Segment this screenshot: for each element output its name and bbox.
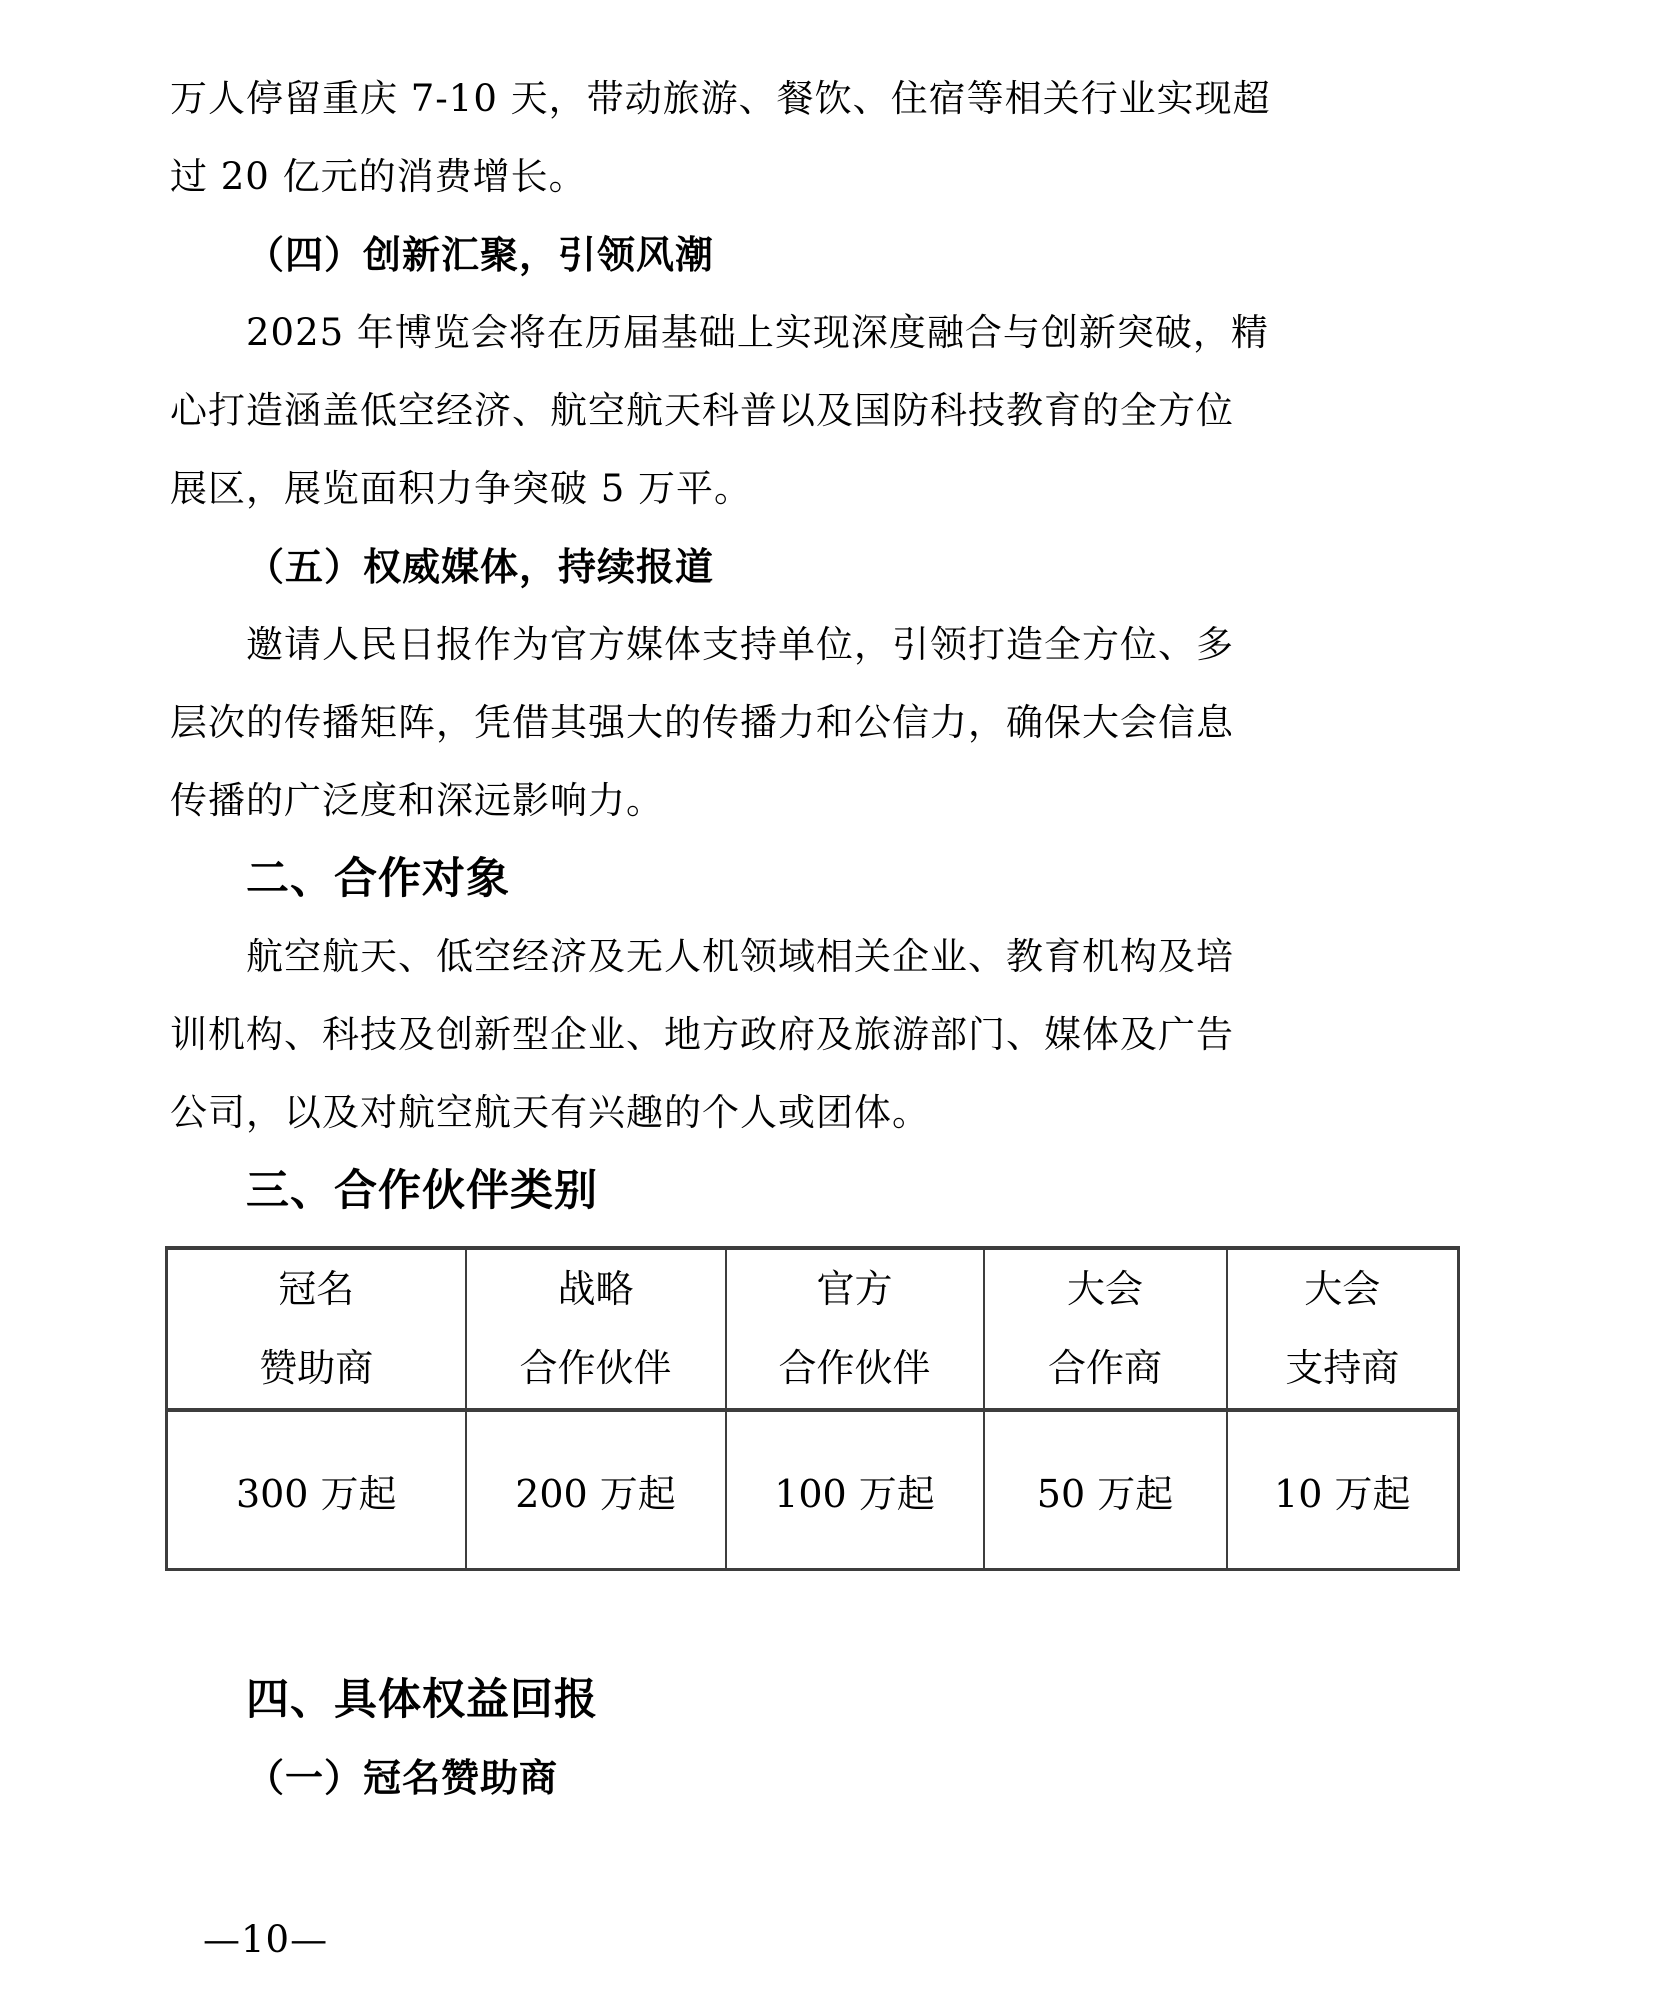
table-header-text: 大会 — [985, 1250, 1226, 1329]
document-page: 万人停留重庆 7-10 天，带动旅游、餐饮、住宿等相关行业实现超 过 20 亿元… — [0, 0, 1653, 1997]
body-line: 展区，展览面积力争突破 5 万平。 — [170, 450, 1155, 528]
sub-heading: （一）冠名赞助商 — [170, 1739, 1155, 1817]
table-header-text: 大会 — [1228, 1250, 1458, 1329]
table-header-text: 合作伙伴 — [467, 1329, 725, 1408]
body-line: 层次的传播矩阵，凭借其强大的传播力和公信力，确保大会信息 — [170, 684, 1155, 762]
table-header-text: 支持商 — [1228, 1329, 1458, 1408]
table-header-cell: 官方 合作伙伴 — [726, 1248, 984, 1410]
partner-category-table: 冠名 赞助商 战略 合作伙伴 官方 合作伙伴 大会 合作商 大会 支持商 — [165, 1246, 1460, 1571]
table-header-text: 冠名 — [168, 1250, 465, 1329]
table-value-cell: 200 万起 — [466, 1410, 726, 1570]
page-number: —10— — [203, 1918, 328, 1961]
body-line: 航空航天、低空经济及无人机领域相关企业、教育机构及培 — [170, 918, 1155, 996]
table-value-cell: 100 万起 — [726, 1410, 984, 1570]
section-heading: 三、合作伙伴类别 — [170, 1152, 1155, 1230]
table-header-cell: 冠名 赞助商 — [167, 1248, 466, 1410]
table-value-row: 300 万起 200 万起 100 万起 50 万起 10 万起 — [167, 1410, 1459, 1570]
table-header-text: 官方 — [727, 1250, 983, 1329]
section-heading: 四、具体权益回报 — [170, 1661, 1155, 1739]
table-header-row: 冠名 赞助商 战略 合作伙伴 官方 合作伙伴 大会 合作商 大会 支持商 — [167, 1248, 1459, 1410]
sub-heading: （五）权威媒体，持续报道 — [170, 528, 1155, 606]
body-line: 公司，以及对航空航天有兴趣的个人或团体。 — [170, 1074, 1155, 1152]
body-line: 传播的广泛度和深远影响力。 — [170, 762, 1155, 840]
table-value-cell: 300 万起 — [167, 1410, 466, 1570]
section-heading: 二、合作对象 — [170, 840, 1155, 918]
table-header-cell: 大会 支持商 — [1227, 1248, 1459, 1410]
table-header-cell: 大会 合作商 — [984, 1248, 1227, 1410]
table-header-text: 合作伙伴 — [727, 1329, 983, 1408]
table-header-cell: 战略 合作伙伴 — [466, 1248, 726, 1410]
table-header-text: 战略 — [467, 1250, 725, 1329]
body-line: 训机构、科技及创新型企业、地方政府及旅游部门、媒体及广告 — [170, 996, 1155, 1074]
sub-heading: （四）创新汇聚，引领风潮 — [170, 216, 1155, 294]
body-line: 邀请人民日报作为官方媒体支持单位，引领打造全方位、多 — [170, 606, 1155, 684]
body-line: 心打造涵盖低空经济、航空航天科普以及国防科技教育的全方位 — [170, 372, 1155, 450]
table-header-text: 赞助商 — [168, 1329, 465, 1408]
table-value-cell: 50 万起 — [984, 1410, 1227, 1570]
body-line: 万人停留重庆 7-10 天，带动旅游、餐饮、住宿等相关行业实现超 — [170, 60, 1155, 138]
text-block: 万人停留重庆 7-10 天，带动旅游、餐饮、住宿等相关行业实现超 过 20 亿元… — [170, 60, 1155, 1817]
body-line: 2025 年博览会将在历届基础上实现深度融合与创新突破，精 — [170, 294, 1155, 372]
table-header-text: 合作商 — [985, 1329, 1226, 1408]
table-value-cell: 10 万起 — [1227, 1410, 1459, 1570]
body-line: 过 20 亿元的消费增长。 — [170, 138, 1155, 216]
